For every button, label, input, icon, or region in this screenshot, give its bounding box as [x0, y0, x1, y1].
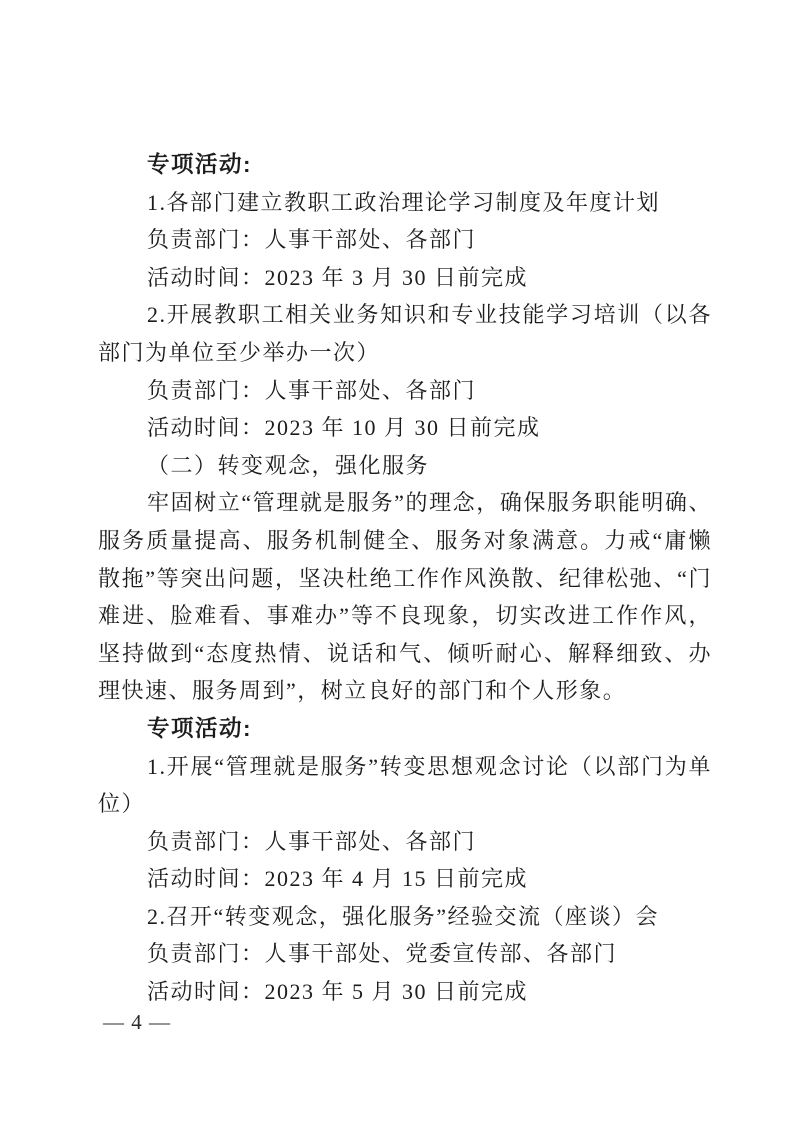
paragraph: 负责部门：人事干部处、各部门 [98, 221, 712, 259]
paragraph: 2.开展教职工相关业务知识和专业技能学习培训（以各部门为单位至少举办一次） [98, 296, 712, 371]
paragraph: 1.各部门建立教职工政治理论学习制度及年度计划 [98, 184, 712, 222]
paragraph: 活动时间：2023 年 4 月 15 日前完成 [98, 860, 712, 898]
paragraph: 2.召开“转变观念，强化服务”经验交流（座谈）会 [98, 898, 712, 936]
section-heading: 专项活动: [98, 710, 712, 748]
paragraph: 1.开展“管理就是服务”转变思想观念讨论（以部门为单位） [98, 748, 712, 823]
page-number: — 4 — [103, 1010, 171, 1034]
paragraph: 活动时间：2023 年 3 月 30 日前完成 [98, 259, 712, 297]
paragraph: 负责部门：人事干部处、党委宣传部、各部门 [98, 935, 712, 973]
paragraph: （二）转变观念，强化服务 [98, 447, 712, 485]
paragraph: 负责部门：人事干部处、各部门 [98, 823, 712, 861]
paragraph: 活动时间：2023 年 5 月 30 日前完成 [98, 973, 712, 1011]
paragraph: 活动时间：2023 年 10 月 30 日前完成 [98, 409, 712, 447]
page-footer: — 4 — [103, 1008, 171, 1036]
paragraph: 牢固树立“管理就是服务”的理念，确保服务职能明确、服务质量提高、服务机制健全、服… [98, 484, 712, 710]
section-heading: 专项活动: [98, 146, 712, 184]
document-page: 专项活动:1.各部门建立教职工政治理论学习制度及年度计划负责部门：人事干部处、各… [0, 0, 794, 1123]
document-body: 专项活动:1.各部门建立教职工政治理论学习制度及年度计划负责部门：人事干部处、各… [98, 146, 712, 1011]
paragraph: 负责部门：人事干部处、各部门 [98, 372, 712, 410]
